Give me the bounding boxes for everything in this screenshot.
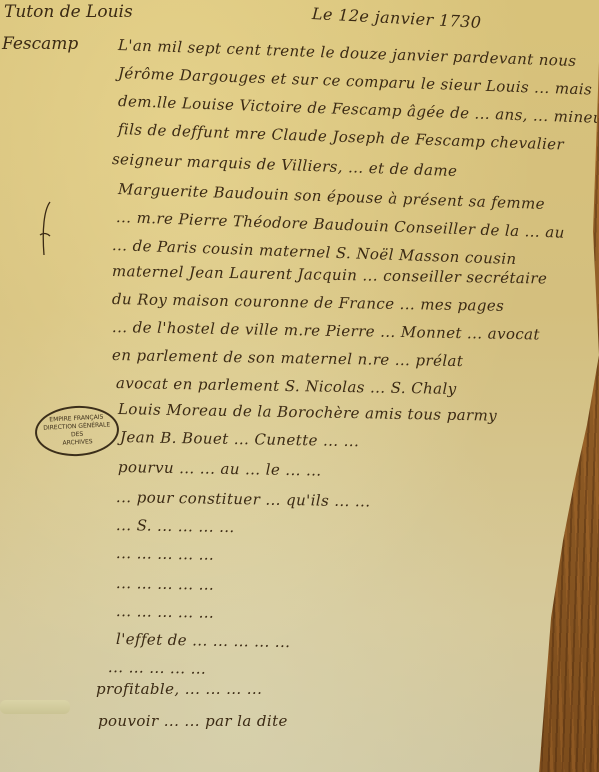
- body-line: seigneur marquis de Villiers, ... et de …: [112, 150, 458, 180]
- body-line: Jean B. Bouet ... Cunette ... ...: [120, 428, 360, 450]
- body-line: l'effet de ... ... ... ... ...: [116, 630, 291, 651]
- body-line: fils de deffunt mre Claude Joseph de Fes…: [118, 120, 565, 154]
- body-line: Louis Moreau de la Borochère amis tous p…: [118, 400, 497, 425]
- body-line: ... S. ... ... ... ...: [116, 516, 235, 536]
- body-line: pourvu ... ... au ... le ... ...: [118, 458, 322, 480]
- body-line: ... de l'hostel de ville m.re Pierre ...…: [112, 318, 540, 343]
- header-date: Le 12e janvier 1730: [312, 4, 482, 32]
- body-line: en parlement de son maternel n.re ... pr…: [112, 346, 464, 370]
- body-line: ... m.re Pierre Théodore Baudouin Consei…: [116, 208, 565, 242]
- body-line: profitable, ... ... ... ...: [96, 680, 262, 698]
- body-line: Marguerite Baudouin son épouse à présent…: [118, 180, 546, 213]
- stamp-line-4: ARCHIVES: [62, 438, 93, 448]
- body-line: ... ... ... ... ...: [108, 658, 207, 678]
- margin-flourish-icon: [38, 200, 52, 260]
- body-line: ... ... ... ... ...: [116, 602, 215, 622]
- margin-note-title: Tuton de Louis: [4, 2, 133, 22]
- archives-stamp: EMPIRE FRANÇAIS DIRECTION GÉNÉRALE DES A…: [34, 404, 121, 458]
- body-line: Jérôme Dargouges et sur ce comparu le si…: [118, 64, 593, 99]
- body-line: ... ... ... ... ...: [116, 574, 215, 594]
- body-line: ... ... ... ... ...: [116, 544, 215, 564]
- body-line: L'an mil sept cent trente le douze janvi…: [118, 36, 577, 70]
- body-line: du Roy maison couronne de France ... mes…: [112, 290, 504, 315]
- body-line: pouvoir ... ... par la dite: [98, 712, 288, 730]
- binding-ribbon: [0, 700, 70, 714]
- margin-note-fescamp: Fescamp: [2, 34, 78, 54]
- body-line: avocat en parlement S. Nicolas ... S. Ch…: [116, 374, 457, 398]
- manuscript-page: Tuton de Louis Fescamp Le 12e janvier 17…: [0, 0, 599, 772]
- body-line: ... pour constituer ... qu'ils ... ...: [116, 488, 371, 510]
